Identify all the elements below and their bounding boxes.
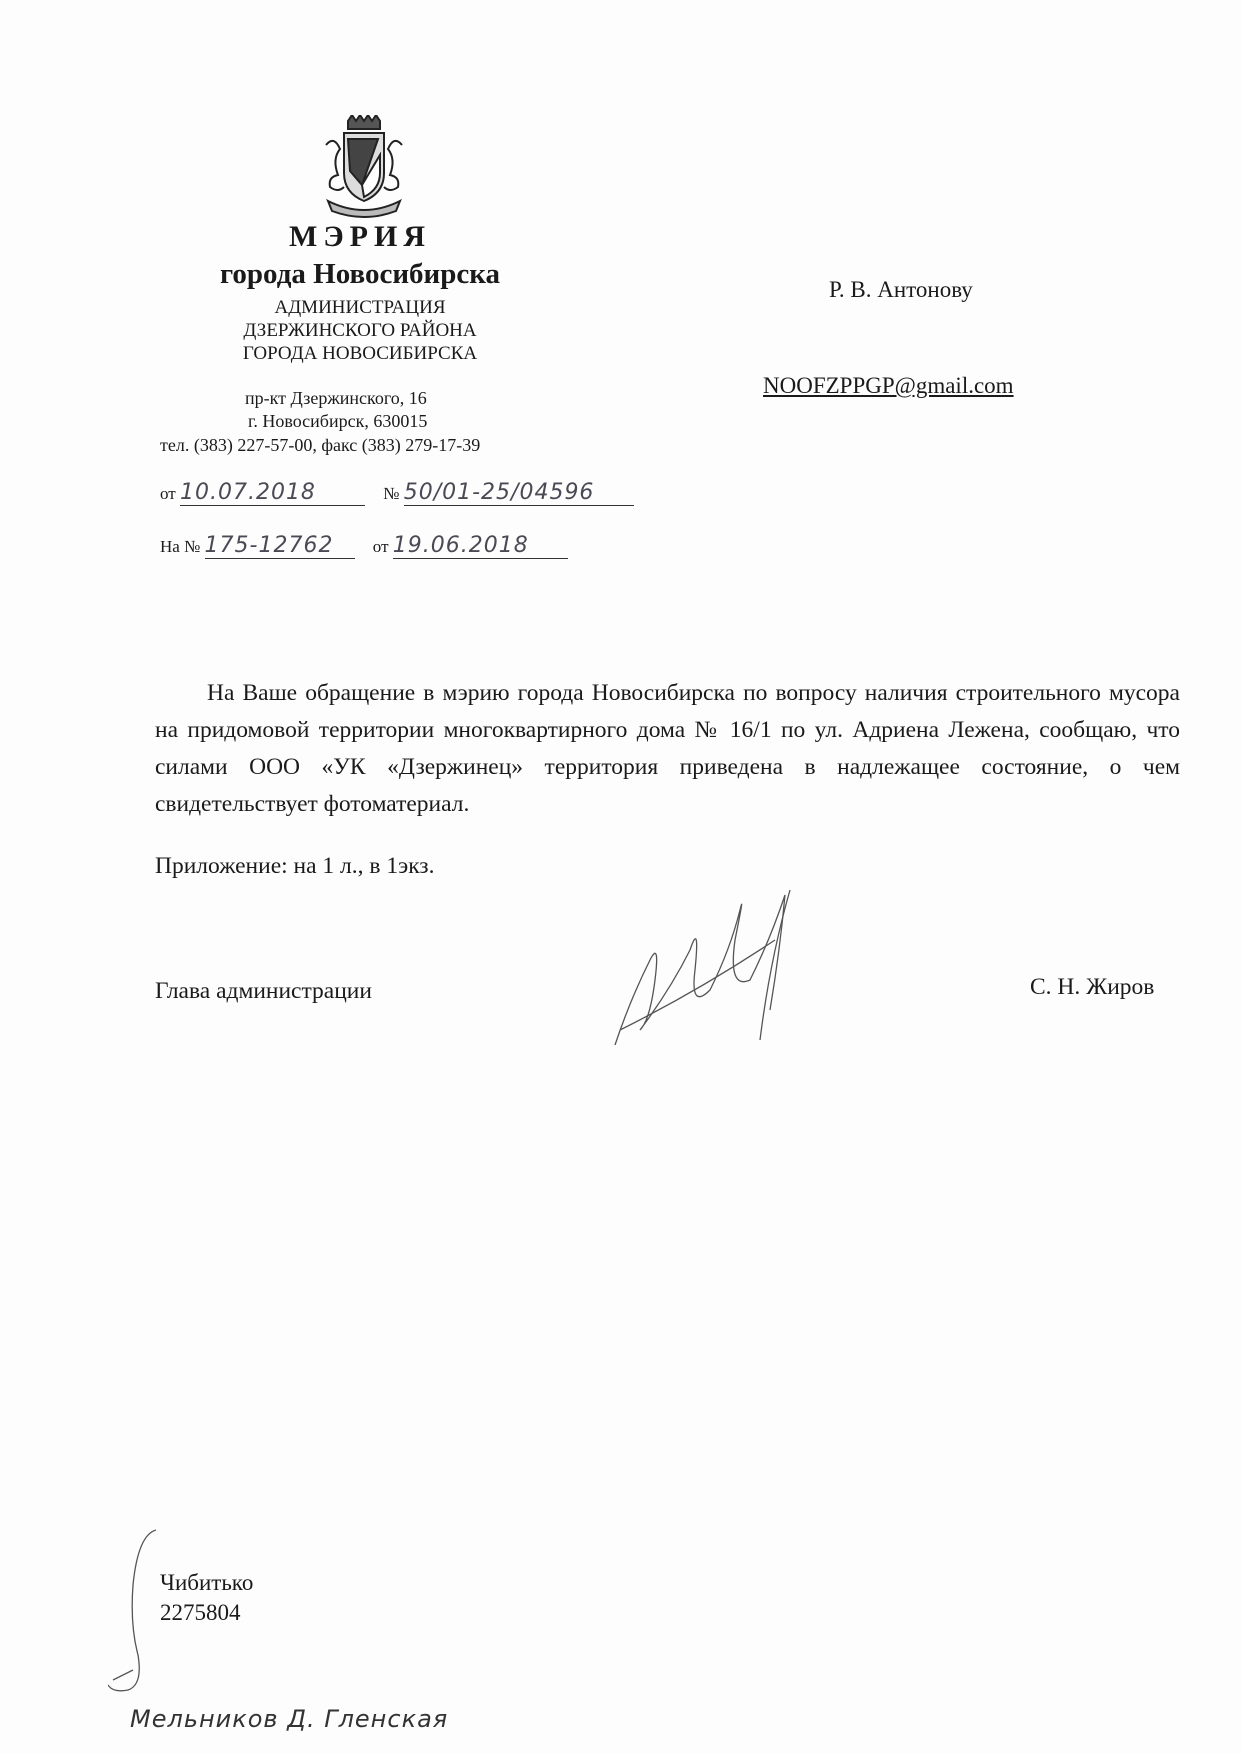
annex-note: Приложение: на 1 л., в 1экз. <box>155 853 434 880</box>
administration-line: АДМИНИСТРАЦИЯ <box>140 296 580 319</box>
outgoing-date: 10.07.2018 <box>180 480 365 506</box>
reply-date-label: от <box>373 537 389 556</box>
body-paragraph: На Ваше обращение в мэрию города Новосиб… <box>155 675 1180 823</box>
reply-date: 19.06.2018 <box>393 533 568 559</box>
letter-body: На Ваше обращение в мэрию города Новосиб… <box>155 675 1180 823</box>
administration-line: ГОРОДА НОВОСИБИРСКА <box>140 342 580 365</box>
handwritten-footer: Мельников Д. Гленская <box>130 1705 530 1750</box>
administration-line: ДЗЕРЖИНСКОГО РАЙОНА <box>140 319 580 342</box>
executor-phone: 2275804 <box>160 1598 253 1628</box>
executor-name: Чибитько <box>160 1568 253 1598</box>
contact-phone-fax: тел. (383) 227-57-00, факс (383) 279-17-… <box>160 434 480 457</box>
registration-reply: На № 175-12762 от 19.06.2018 <box>160 533 568 559</box>
outgoing-number: 50/01-25/04596 <box>404 480 634 506</box>
recipient-name: Р. В. Антонову <box>829 277 973 303</box>
number-label: № <box>383 484 399 503</box>
initials-signature-icon <box>108 1525 168 1700</box>
coat-of-arms-icon <box>318 115 410 221</box>
reply-number: 175-12762 <box>205 533 355 559</box>
letterhead-city: города Новосибирска <box>140 258 580 291</box>
date-label: от <box>160 484 176 503</box>
signer-position: Глава администрации <box>155 978 372 1005</box>
address-street: пр-кт Дзержинского, 16 <box>245 387 427 410</box>
signer-name: С. Н. Жиров <box>1030 974 1154 1001</box>
handwritten-signature-icon <box>610 880 880 1050</box>
registration-outgoing: от 10.07.2018 № 50/01-25/04596 <box>160 480 634 506</box>
executor-block: Чибитько 2275804 <box>160 1568 253 1628</box>
letterhead-title: МЭРИЯ <box>140 220 580 254</box>
recipient-email: NOOFZPPGP@gmail.com <box>763 373 1014 399</box>
reply-label: На № <box>160 537 200 556</box>
address-city: г. Новосибирск, 630015 <box>248 410 427 433</box>
